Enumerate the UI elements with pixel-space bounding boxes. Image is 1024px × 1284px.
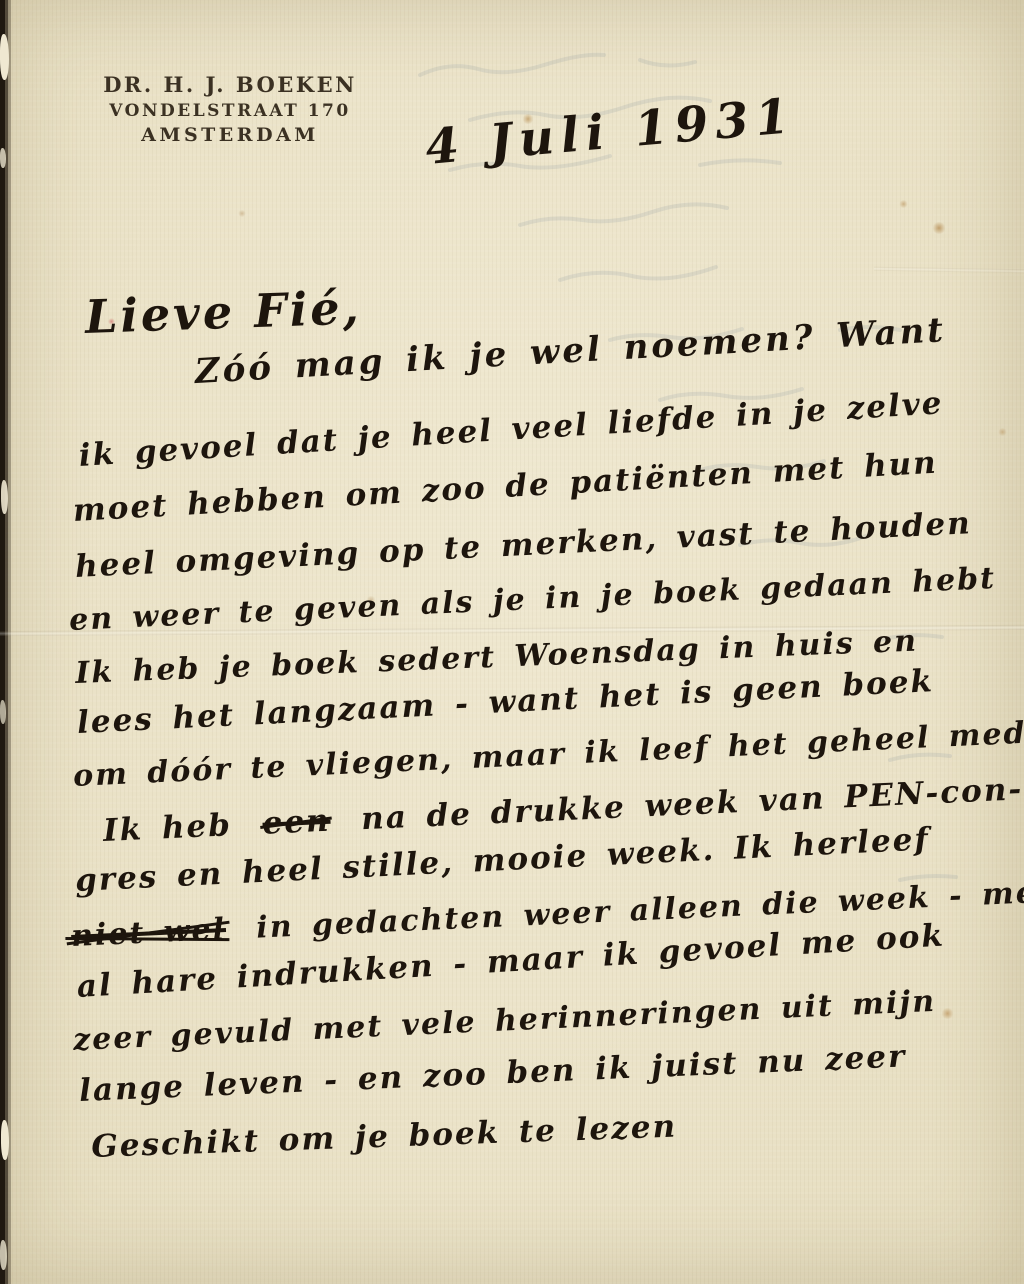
salutation: Lieve Fié, bbox=[84, 280, 362, 344]
torn-edge-chip bbox=[0, 148, 6, 168]
torn-edge-chip bbox=[1, 480, 8, 514]
foxing-spot bbox=[238, 210, 246, 217]
torn-edge-chip bbox=[1, 1120, 9, 1160]
torn-edge-chip bbox=[0, 1240, 7, 1270]
torn-edge-chip bbox=[0, 34, 9, 80]
letterhead-street: VONDELSTRAAT 170 bbox=[82, 101, 378, 121]
crossed-out-word: een bbox=[262, 803, 332, 842]
foxing-spot bbox=[899, 200, 908, 208]
letterhead: DR. H. J. BOEKEN VONDELSTRAAT 170 AMSTER… bbox=[82, 72, 378, 146]
scan-torn-left-edge bbox=[0, 0, 16, 1284]
letterhead-name: DR. H. J. BOEKEN bbox=[82, 72, 378, 97]
line-text: Ik heb bbox=[102, 807, 232, 849]
crossed-out-word: niet wel bbox=[70, 912, 226, 954]
letterhead-city: AMSTERDAM bbox=[82, 124, 378, 146]
foxing-spot bbox=[941, 1008, 954, 1019]
foxing-spot bbox=[998, 428, 1007, 436]
foxing-spot bbox=[932, 222, 946, 234]
torn-edge-chip bbox=[0, 700, 6, 724]
scanned-letter-page: { "document": { "letterhead": { "line1":… bbox=[0, 0, 1024, 1284]
